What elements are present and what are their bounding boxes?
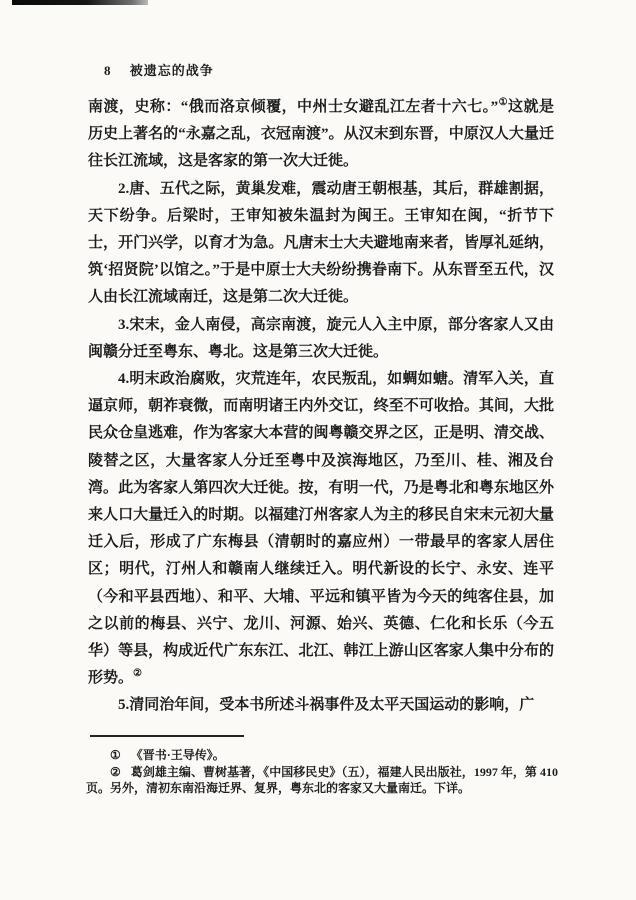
paragraph-text: 4.明末政治腐败，灾荒连年，农民叛乱，如蜩如螗。清军入关，直逼京师，朝祚衰微，而… bbox=[88, 371, 554, 686]
footnote-separator bbox=[90, 735, 244, 737]
paragraph-third-migration: 3.宋末，金人南侵，高宗南渡，旋元人入主中原，部分客家人又由闽赣分迁至粤东、粤北… bbox=[88, 312, 554, 366]
paragraph-text: 3.宋末，金人南侵，高宗南渡，旋元人入主中原，部分客家人又由闽赣分迁至粤东、粤北… bbox=[88, 317, 554, 360]
footnote-text-1: 《晋书·王导传》。 bbox=[131, 748, 225, 762]
footnote-item-2: ②葛剑雄主编、曹树基著，《中国移民史》（五），福建人民出版社，1997 年，第 … bbox=[86, 764, 558, 797]
footnotes-block: ①《晋书·王导传》。 ②葛剑雄主编、曹树基著，《中国移民史》（五），福建人民出版… bbox=[86, 747, 558, 797]
scanned-book-page: 8 被遗忘的战争 南渡，史称：“俄而洛京倾覆，中州士女避乱江左者十六七。”①这就… bbox=[0, 0, 636, 900]
paragraph-second-migration: 2.唐、五代之际，黄巢发难，震动唐王朝根基，其后，群雄割据，天下纷争。后梁时，王… bbox=[88, 176, 554, 312]
paragraph-text: 南渡，史称：“俄而洛京倾覆，中州士女避乱江左者十六七。” bbox=[88, 99, 498, 115]
running-header-book-title: 被遗忘的战争 bbox=[130, 63, 214, 78]
running-header: 8 被遗忘的战争 bbox=[104, 60, 214, 79]
page-body: 南渡，史称：“俄而洛京倾覆，中州士女避乱江左者十六七。”①这就是历史上著名的“永… bbox=[88, 94, 554, 720]
footnote-marker-1: ① bbox=[110, 748, 121, 762]
footnote-item-1: ①《晋书·王导传》。 bbox=[86, 747, 558, 764]
scan-artifact-mark bbox=[12, 0, 148, 5]
paragraph-first-migration: 南渡，史称：“俄而洛京倾覆，中州士女避乱江左者十六七。”①这就是历史上著名的“永… bbox=[88, 94, 554, 176]
page-number: 8 bbox=[104, 63, 112, 78]
paragraph-text: 2.唐、五代之际，黄巢发难，震动唐王朝根基，其后，群雄割据，天下纷争。后梁时，王… bbox=[88, 181, 554, 306]
footnote-reference-1: ① bbox=[498, 97, 508, 108]
footnote-reference-2: ② bbox=[133, 668, 142, 679]
footnote-marker-2: ② bbox=[110, 765, 121, 779]
paragraph-fourth-migration: 4.明末政治腐败，灾荒连年，农民叛乱，如蜩如螗。清军入关，直逼京师，朝祚衰微，而… bbox=[88, 366, 554, 692]
paragraph-fifth-migration: 5.清同治年间，受本书所述斗祸事件及太平天国运动的影响，广 bbox=[88, 692, 554, 719]
paragraph-text: 5.清同治年间，受本书所述斗祸事件及太平天国运动的影响，广 bbox=[118, 697, 534, 713]
footnote-text-2: 葛剑雄主编、曹树基著，《中国移民史》（五），福建人民出版社，1997 年，第 4… bbox=[86, 765, 558, 796]
